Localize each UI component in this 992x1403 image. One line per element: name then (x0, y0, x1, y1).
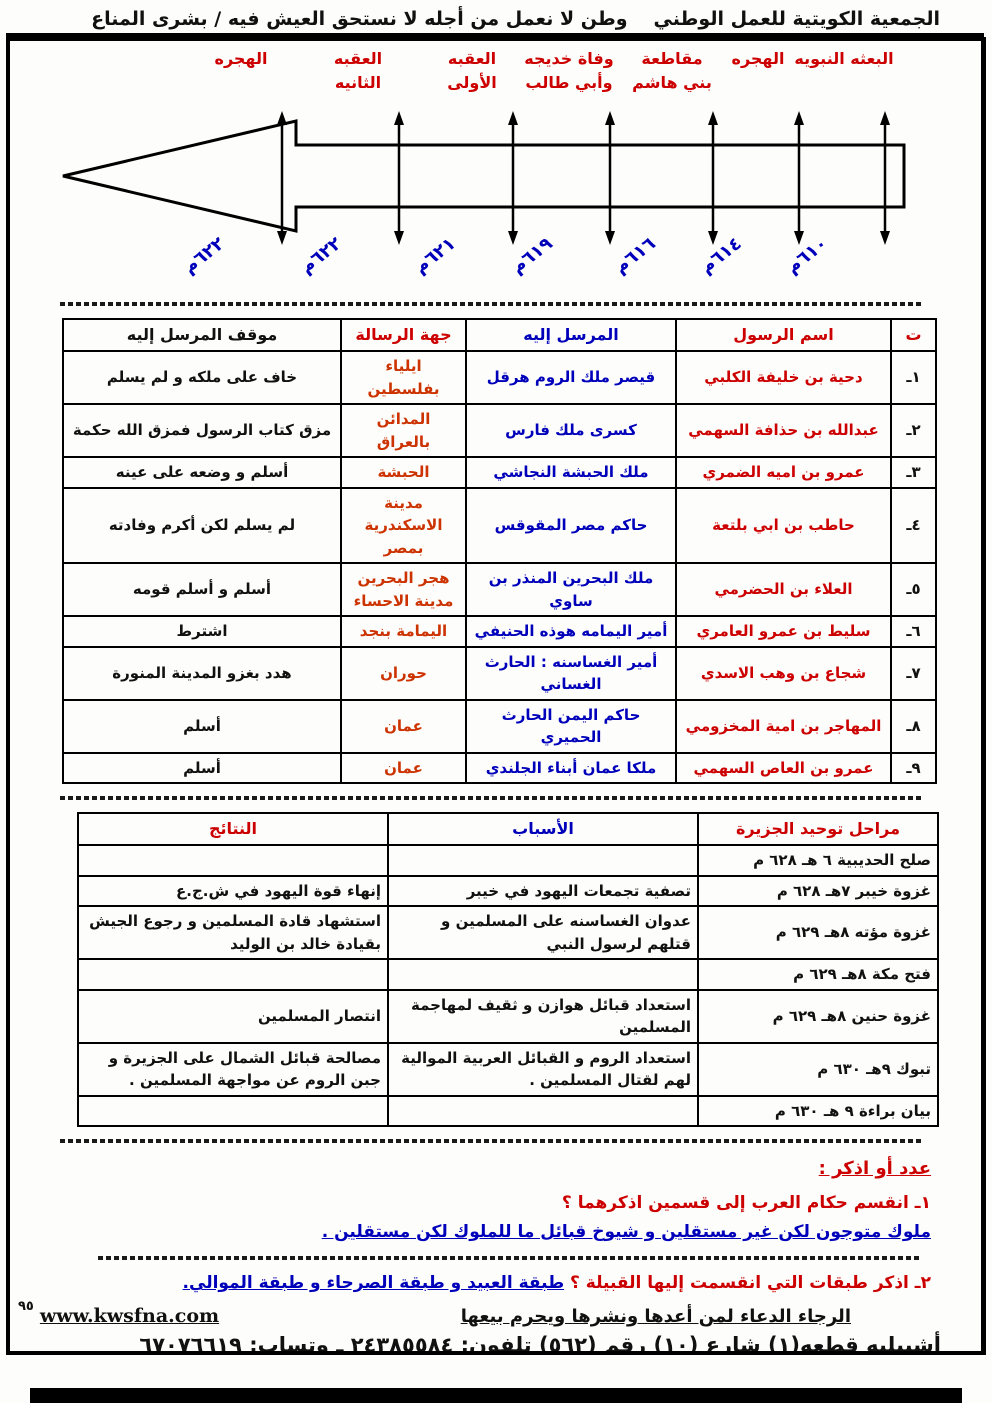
cell-stance: أسلم و أسلم قومه (63, 563, 341, 616)
col-header-cause: الأسباب (388, 813, 698, 845)
cell-stance: هدد بغزو المدينة المنورة (63, 647, 341, 700)
cell-destination: عمان (341, 753, 466, 784)
tick-arrowhead-up-icon (880, 111, 890, 125)
cell-result: إنهاء قوة اليهود في ش.ج.ع (78, 876, 388, 907)
cell-num: ٤ـ (891, 488, 936, 564)
cell-recipient: ملك الحبشة النجاشي (466, 457, 676, 488)
cell-cause (388, 959, 698, 990)
footer: الرجاء الدعاء لمن أعدها ونشرها ويحرم بيع… (18, 1305, 851, 1327)
cell-messenger-name: سليط بن عمرو العامري (676, 616, 891, 647)
tick-arrowhead-down-icon (605, 231, 615, 245)
messenger-row: ٣ـعمرو بن اميه الضمريملك الحبشة النجاشيا… (63, 457, 936, 488)
col-header-num: ت (891, 319, 936, 351)
cell-num: ٩ـ (891, 753, 936, 784)
questions-section: عدد أو اذكر : ١ـ انقسم حكام العرب إلى قس… (50, 1155, 931, 1297)
answer-1: ملوك متوجون لكن غير مستقلين و شيوخ قبائل… (50, 1219, 931, 1246)
cell-recipient: قيصر ملك الروم هرقل (466, 351, 676, 404)
cell-recipient: حاكم مصر المقوقس (466, 488, 676, 564)
cell-stance: أسلم (63, 753, 341, 784)
separator-line (58, 796, 921, 800)
messenger-row: ٢ـعبدالله بن حذافة السهميكسرى ملك فارسال… (63, 404, 936, 457)
stages-table: مراحل توحيد الجزيرة الأسباب النتائج صلح … (77, 812, 939, 1127)
answer-2: طبقة العبيد و طبقة الصرحاء و طبقة الموال… (183, 1273, 565, 1293)
cell-num: ٦ـ (891, 616, 936, 647)
cell-stance: اشترط (63, 616, 341, 647)
cell-stage: غزوة خيبر ٧هـ ٦٢٨ م (698, 876, 938, 907)
tick-arrowhead-up-icon (394, 111, 404, 125)
cell-num: ٧ـ (891, 647, 936, 700)
cell-recipient: ملك البحرين المنذر بن ساوي (466, 563, 676, 616)
left-arrow-shape (63, 121, 904, 231)
cell-destination: اليمامة بنجد (341, 616, 466, 647)
tick-arrowhead-up-icon (794, 111, 804, 125)
tick-arrowhead-down-icon (708, 231, 718, 245)
stage-row: غزوة مؤته ٨هـ ٦٢٩ معدوان الغساسنه على ال… (78, 906, 938, 959)
tick-arrowhead-up-icon (277, 111, 287, 125)
stage-row: فتح مكة ٨هـ ٦٢٩ م (78, 959, 938, 990)
cell-num: ٣ـ (891, 457, 936, 488)
messenger-row: ٩ـعمرو بن العاص السهميملكا عمان أبناء ال… (63, 753, 936, 784)
separator-line (95, 1256, 919, 1260)
col-header-result: النتائج (78, 813, 388, 845)
stage-row: غزوة حنين ٨هـ ٦٢٩ ماستعداد قبائل هوازن و… (78, 990, 938, 1043)
tick-arrowhead-up-icon (605, 111, 615, 125)
cell-result (78, 1096, 388, 1127)
cell-cause: تصفية تجمعات اليهود في خيبر (388, 876, 698, 907)
content-frame: البعثه النبويه٦١٠مالهجره٦١٤ممقاطعة بني ه… (6, 37, 986, 1355)
cell-cause (388, 1096, 698, 1127)
cell-stance: أسلم (63, 700, 341, 753)
tick-arrowhead-up-icon (508, 111, 518, 125)
messenger-row: ١ـدحية بن خليفة الكلبيقيصر ملك الروم هرق… (63, 351, 936, 404)
cell-destination: مدينة الاسكندرية بمصر (341, 488, 466, 564)
stage-row: بيان براءة ٩ هـ ٦٣٠ م (78, 1096, 938, 1127)
cell-num: ٨ـ (891, 700, 936, 753)
cell-result (78, 845, 388, 876)
cell-cause: استعداد الروم و القبائل العربية الموالية… (388, 1043, 698, 1096)
cell-stage: غزوة حنين ٨هـ ٦٢٩ م (698, 990, 938, 1043)
cell-cause: استعداد قبائل هوازن و ثقيف لمهاجمة المسل… (388, 990, 698, 1043)
cell-stance: مزق كتاب الرسول فمزق الله حكمة (63, 404, 341, 457)
col-header-destination: جهة الرسالة (341, 319, 466, 351)
cell-destination: حوران (341, 647, 466, 700)
timeline-event-label: العقبه الأولى (410, 47, 534, 95)
cell-result: مصالحة قبائل الشمال على الجزيرة و جبن ال… (78, 1043, 388, 1096)
page-header: الجمعية الكويتية للعمل الوطني وطن لا نعم… (6, 6, 984, 37)
cell-recipient: حاكم اليمن الحارث الحميري (466, 700, 676, 753)
cell-stage: صلح الحديبية ٦ هـ ٦٢٨ م (698, 845, 938, 876)
cell-recipient: أمير اليمامه هوذه الحنيفي (466, 616, 676, 647)
separator-line (58, 302, 921, 306)
questions-heading: عدد أو اذكر : (50, 1155, 931, 1184)
cell-stage: بيان براءة ٩ هـ ٦٣٠ م (698, 1096, 938, 1127)
cell-messenger-name: العلاء بن الحضرمي (676, 563, 891, 616)
cell-destination: هجر البحرين مدينة الاحساء (341, 563, 466, 616)
cell-result (78, 959, 388, 990)
cell-stage: تبوك ٩هـ ٦٣٠ م (698, 1043, 938, 1096)
timeline-event-label: الهجره (179, 47, 303, 71)
page-number: ٩٥ (18, 1299, 34, 1314)
cell-destination: ايلياء بفلسطين (341, 351, 466, 404)
cell-num: ١ـ (891, 351, 936, 404)
cell-num: ٢ـ (891, 404, 936, 457)
org-name: الجمعية الكويتية للعمل الوطني (654, 8, 940, 30)
messenger-row: ٥ـالعلاء بن الحضرميملك البحرين المنذر بن… (63, 563, 936, 616)
cell-result: استشهاد قادة المسلمين و رجوع الجيش بقياد… (78, 906, 388, 959)
col-header-stance: موقف المرسل إليه (63, 319, 341, 351)
cell-messenger-name: دحية بن خليفة الكلبي (676, 351, 891, 404)
col-header-recipient: المرسل إليه (466, 319, 676, 351)
cell-result: انتصار المسلمين (78, 990, 388, 1043)
messenger-row: ٦ـسليط بن عمرو العامريأمير اليمامه هوذه … (63, 616, 936, 647)
timeline-event-label: العقبه الثانيه (296, 47, 420, 95)
stage-row: تبوك ٩هـ ٦٣٠ ماستعداد الروم و القبائل ال… (78, 1043, 938, 1096)
cell-stage: فتح مكة ٨هـ ٦٢٩ م (698, 959, 938, 990)
question-2: ٢ـ اذكر طبقات التي انقسمت إليها القبيلة … (570, 1273, 931, 1293)
messengers-table: ت اسم الرسول المرسل إليه جهة الرسالة موق… (62, 318, 937, 784)
cell-stance: لم يسلم لكن أكرم وفادته (63, 488, 341, 564)
separator-line (58, 1139, 921, 1143)
cell-stance: خاف على ملكه و لم يسلم (63, 351, 341, 404)
question-2-line: ٢ـ اذكر طبقات التي انقسمت إليها القبيلة … (50, 1270, 931, 1297)
cell-destination: المدائن بالعراق (341, 404, 466, 457)
cell-messenger-name: عمرو بن اميه الضمري (676, 457, 891, 488)
cell-destination: عمان (341, 700, 466, 753)
tick-arrowhead-up-icon (708, 111, 718, 125)
scan-bottom-bar (30, 1388, 962, 1403)
cell-messenger-name: شجاع بن وهب الاسدي (676, 647, 891, 700)
tick-arrowhead-down-icon (508, 231, 518, 245)
motto: وطن لا نعمل من أجله لا نستحق العيش فيه /… (91, 8, 627, 30)
cell-messenger-name: حاطب بن ابي بلتعة (676, 488, 891, 564)
cell-stage: غزوة مؤته ٨هـ ٦٢٩ م (698, 906, 938, 959)
messenger-row: ٨ـالمهاجر بن امية المخزوميحاكم اليمن الح… (63, 700, 936, 753)
cell-recipient: ملكا عمان أبناء الجلندي (466, 753, 676, 784)
messengers-header-row: ت اسم الرسول المرسل إليه جهة الرسالة موق… (63, 319, 936, 351)
cell-messenger-name: عمرو بن العاص السهمي (676, 753, 891, 784)
col-header-name: اسم الرسول (676, 319, 891, 351)
cell-stance: أسلم و وضعه على عينه (63, 457, 341, 488)
cell-destination: الحبشة (341, 457, 466, 488)
cell-recipient: كسرى ملك فارس (466, 404, 676, 457)
website-block: ٩٥ www.kwsfna.com (18, 1305, 219, 1327)
dua-note: الرجاء الدعاء لمن أعدها ونشرها ويحرم بيع… (461, 1306, 851, 1327)
tick-arrowhead-down-icon (794, 231, 804, 245)
tick-arrowhead-down-icon (394, 231, 404, 245)
cell-recipient: أمير الغساسنه : الحارث الغساني (466, 647, 676, 700)
tick-arrowhead-down-icon (880, 231, 890, 245)
cell-messenger-name: عبدالله بن حذافة السهمي (676, 404, 891, 457)
tick-arrowhead-down-icon (277, 231, 287, 245)
messenger-row: ٧ـشجاع بن وهب الاسديأمير الغساسنه : الحا… (63, 647, 936, 700)
worksheet-page: الجمعية الكويتية للعمل الوطني وطن لا نعم… (0, 0, 992, 1403)
timeline: البعثه النبويه٦١٠مالهجره٦١٤ممقاطعة بني ه… (10, 45, 981, 290)
address-line: أشبيليه قطعه(١) شارع (١٠) رقم (٥٦٢) تلفو… (20, 1333, 941, 1355)
cell-num: ٥ـ (891, 563, 936, 616)
cell-cause (388, 845, 698, 876)
messenger-row: ٤ـحاطب بن ابي بلتعةحاكم مصر المقوقسمدينة… (63, 488, 936, 564)
cell-cause: عدوان الغساسنه على المسلمين و قتلهم لرسو… (388, 906, 698, 959)
stage-row: غزوة خيبر ٧هـ ٦٢٨ متصفية تجمعات اليهود ف… (78, 876, 938, 907)
stages-header-row: مراحل توحيد الجزيرة الأسباب النتائج (78, 813, 938, 845)
cell-messenger-name: المهاجر بن امية المخزومي (676, 700, 891, 753)
website-url: www.kwsfna.com (40, 1305, 219, 1327)
stage-row: صلح الحديبية ٦ هـ ٦٢٨ م (78, 845, 938, 876)
question-1: ١ـ انقسم حكام العرب إلى قسمين اذكرهما ؟ (50, 1190, 931, 1217)
col-header-stage: مراحل توحيد الجزيرة (698, 813, 938, 845)
